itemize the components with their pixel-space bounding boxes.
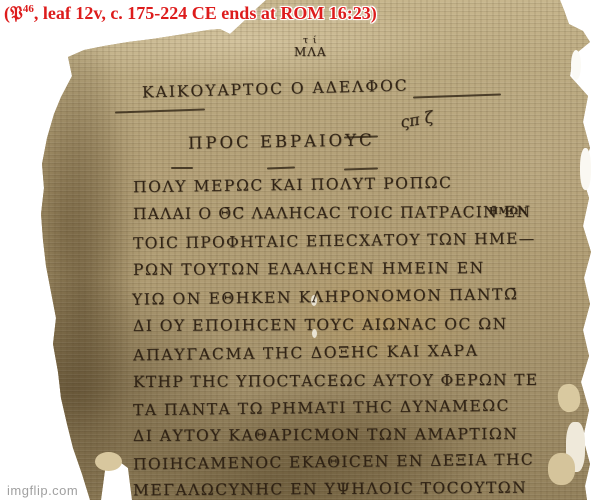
imgflip-watermark: imgflip.com [7, 483, 78, 498]
p46-manuscript-symbol: 𝔓 [10, 3, 23, 23]
papyrus-text-line: ΜΕΓΑΛΩСΥΝΗС ΕΝ ΥΨΗΛΟΙС ΤΟСΟΥΤΩΝ [133, 479, 527, 500]
papyrus-text-line: ΔΙ ΟΥ ΕΠΟΙΗСΕΝ ΤΟΥС ΑΙΩΝΑС ΟС ΩΝ [133, 315, 508, 335]
page-mark: ΜΛΑ [294, 45, 327, 59]
scribal-dash [171, 167, 193, 169]
caption-text: (𝔓46, leaf 12v, c. 175-224 CE ends at RO… [4, 3, 377, 24]
papyrus-damage-chip [95, 452, 122, 471]
meme-image: τ ί ΜΛΑ ΚΑΙΚΟΥΑΡΤΟС Ο ΑΔΕΛΦΟС ςπ ζ ΠΡΟС … [0, 0, 595, 500]
p46-manuscript-number: 46 [23, 3, 34, 15]
papyrus-damage-chip [548, 453, 575, 485]
papyrus-damage-chip [580, 148, 591, 190]
caption-body: , leaf 12v, c. 175-224 CE ends at ROM 16… [34, 3, 377, 23]
papyrus-text-line: ΚΤΗΡ ΤΗС ΥΠΟСΤΑСΕΩС ΑΥΤΟΥ ΦΕΡΩΝ ΤΕ [133, 371, 538, 391]
papyrus-text-line: ΔΙ ΑΥΤΟΥ ΚΑΘΑΡΙСΜΟΝ ΤΩΝ ΑΜΑΡΤΙΩΝ [133, 425, 518, 445]
papyrus-text-line: ΡΩΝ ΤΟΥΤΩΝ ΕΛΑΛΗСΕΝ ΗΜΕΙΝ ΕΝ [133, 259, 485, 279]
hebrews-title: ΠΡΟС ΕΒΡΑΙΟΥС [188, 130, 375, 152]
papyrus-text-line: ΠΑΛΑΙ Ο Θ̄С̄ ΛΑΛΗСΑС ΤΟΙС ΠΑΤΡΑСΙΝ ΕΝ [133, 203, 531, 223]
papyrus-damage-chip [571, 50, 581, 80]
